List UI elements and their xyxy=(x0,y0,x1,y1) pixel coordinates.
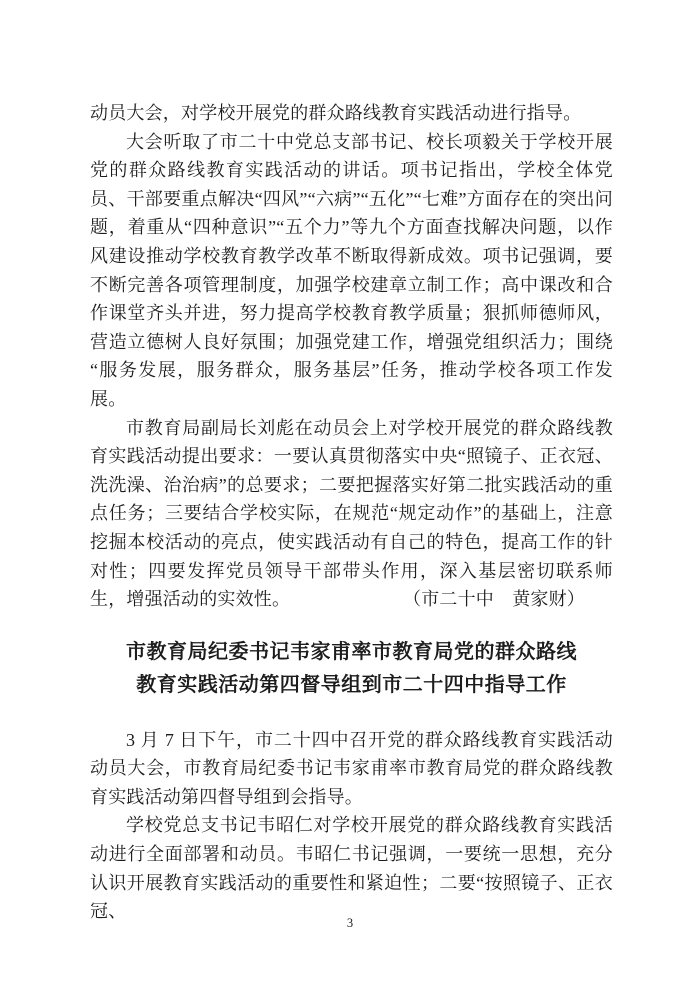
text-area: 动员大会，对学校开展党的群众路线教育实践活动进行指导。 大会听取了市二十中党总支… xyxy=(90,99,613,926)
article-title-line-1: 市教育局纪委书记韦家甫率市教育局党的群众路线 xyxy=(90,636,613,669)
article-title-line-2: 教育实践活动第四督导组到市二十四中指导工作 xyxy=(90,669,613,702)
paragraph: 3 月 7 日下午，市二十四中召开党的群众路线教育实践活动动员大会，市教育局纪委… xyxy=(90,726,613,812)
article-title: 市教育局纪委书记韦家甫率市教育局党的群众路线 教育实践活动第四督导组到市二十四中… xyxy=(90,636,613,702)
paragraph-text: 市教育局副局长刘彪在动员会上对学校开展党的群众路线教育实践活动提出要求：一要认真… xyxy=(90,418,613,610)
continuation-paragraph: 动员大会，对学校开展党的群众路线教育实践活动进行指导。 xyxy=(90,99,613,128)
paragraph: 学校党总支书记韦昭仁对学校开展党的群众路线教育实践活动进行全面部署和动员。韦昭仁… xyxy=(90,811,613,925)
page-number: 3 xyxy=(0,915,700,931)
document-page: 动员大会，对学校开展党的群众路线教育实践活动进行指导。 大会听取了市二十中党总支… xyxy=(0,0,700,990)
byline: （市二十中 黄家财） xyxy=(367,585,585,614)
paragraph: 大会听取了市二十中党总支部书记、校长项毅关于学校开展党的群众路线教育实践活动的讲… xyxy=(90,128,613,414)
paragraph: 市教育局副局长刘彪在动员会上对学校开展党的群众路线教育实践活动提出要求：一要认真… xyxy=(90,414,613,614)
